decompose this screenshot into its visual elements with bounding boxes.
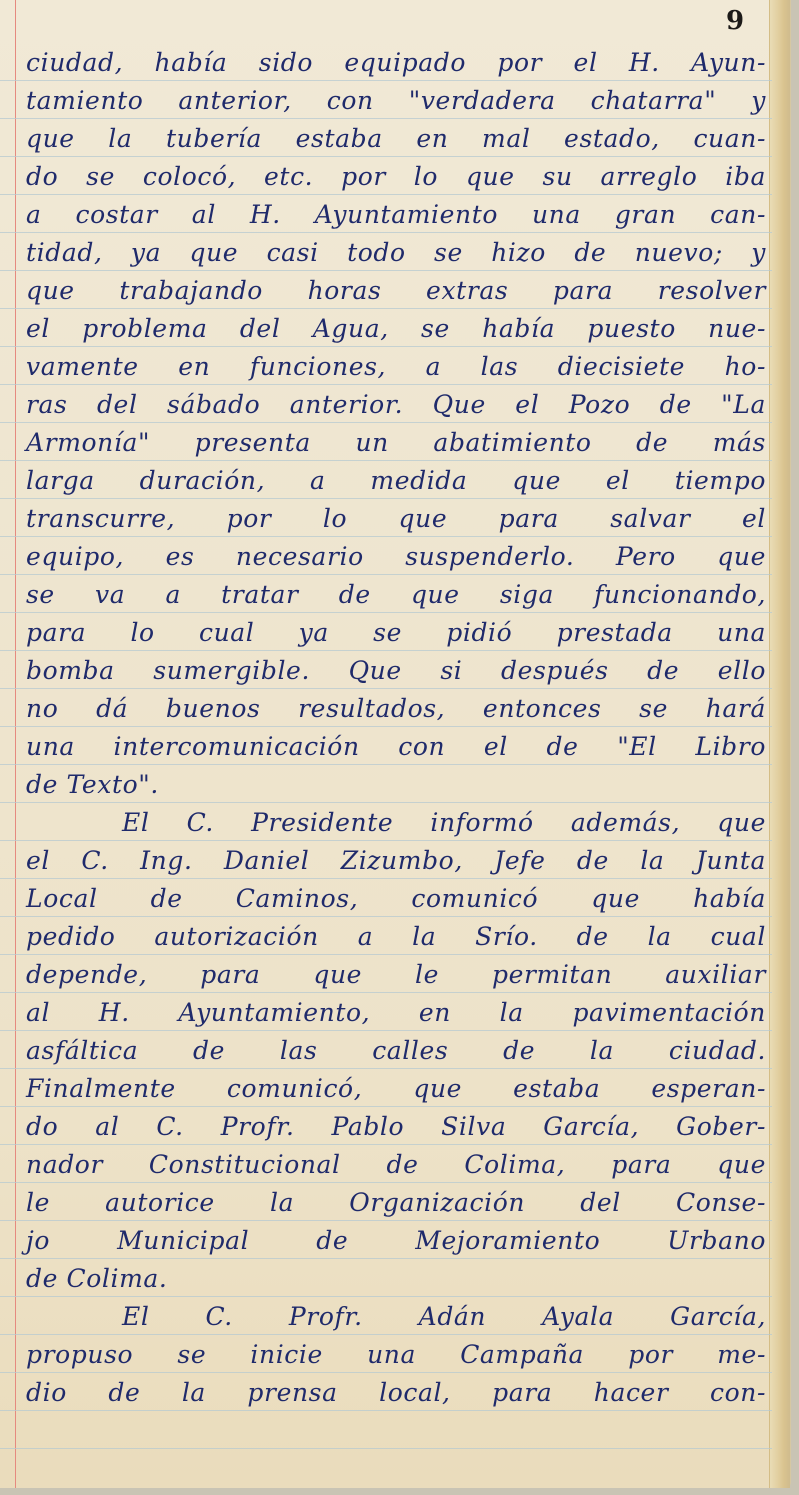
handwritten-line: el problema del Agua, se había puesto nu…: [26, 310, 766, 348]
handwritten-line: al H. Ayuntamiento, en la pavimentación: [26, 994, 766, 1032]
handwritten-line: jo Municipal de Mejoramiento Urbano: [26, 1222, 766, 1260]
margin-line: [15, 0, 16, 1488]
handwritten-line: tamiento anterior, con "verdadera chatar…: [26, 82, 766, 120]
handwritten-line: propuso se inicie una Campaña por me-: [26, 1336, 766, 1374]
page-number: 9: [726, 6, 744, 36]
handwritten-line: de Texto".: [26, 766, 766, 804]
ledger-page: 9 ciudad, había sido equipado por el H. …: [0, 0, 791, 1488]
handwritten-line: do al C. Profr. Pablo Silva García, Gobe…: [26, 1108, 766, 1146]
handwritten-line: bomba sumergible. Que si después de ello: [26, 652, 766, 690]
handwritten-line: se va a tratar de que siga funcionando,: [26, 576, 766, 614]
handwritten-line: El C. Presidente informó además, que: [26, 804, 766, 842]
handwritten-line: El C. Profr. Adán Ayala García,: [26, 1298, 766, 1336]
handwritten-line: a costar al H. Ayuntamiento una gran can…: [26, 196, 766, 234]
handwritten-line: pedido autorización a la Srío. de la cua…: [26, 918, 766, 956]
page-edge: [769, 0, 790, 1488]
handwritten-line: larga duración, a medida que el tiempo: [26, 462, 766, 500]
handwritten-line: le autorice la Organización del Conse-: [26, 1184, 766, 1222]
handwritten-line: el C. Ing. Daniel Zizumbo, Jefe de la Ju…: [26, 842, 766, 880]
handwritten-line: transcurre, por lo que para salvar el: [26, 500, 766, 538]
handwritten-line: Local de Caminos, comunicó que había: [26, 880, 766, 918]
handwritten-line: depende, para que le permitan auxiliar: [26, 956, 766, 994]
handwritten-line: asfáltica de las calles de la ciudad.: [26, 1032, 766, 1070]
handwritten-line: do se colocó, etc. por lo que su arreglo…: [26, 158, 766, 196]
handwritten-line: una intercomunicación con el de "El Libr…: [26, 728, 766, 766]
handwritten-line: no dá buenos resultados, entonces se har…: [26, 690, 766, 728]
handwritten-line: vamente en funciones, a las diecisiete h…: [26, 348, 766, 386]
handwritten-line: que la tubería estaba en mal estado, cua…: [26, 120, 766, 158]
handwritten-line: ciudad, había sido equipado por el H. Ay…: [26, 44, 766, 82]
rule-line: [0, 1448, 772, 1449]
handwritten-line: equipo, es necesario suspenderlo. Pero q…: [26, 538, 766, 576]
handwritten-line: de Colima.: [26, 1260, 766, 1298]
handwritten-line: tidad, ya que casi todo se hizo de nuevo…: [26, 234, 766, 272]
handwritten-line: dio de la prensa local, para hacer con-: [26, 1374, 766, 1412]
handwritten-line: que trabajando horas extras para resolve…: [26, 272, 766, 310]
handwritten-line: ras del sábado anterior. Que el Pozo de …: [26, 386, 766, 424]
handwritten-line: nador Constitucional de Colima, para que: [26, 1146, 766, 1184]
handwritten-line: Finalmente comunicó, que estaba esperan-: [26, 1070, 766, 1108]
handwritten-line: Armonía" presenta un abatimiento de más: [26, 424, 766, 462]
handwritten-line: para lo cual ya se pidió prestada una: [26, 614, 766, 652]
